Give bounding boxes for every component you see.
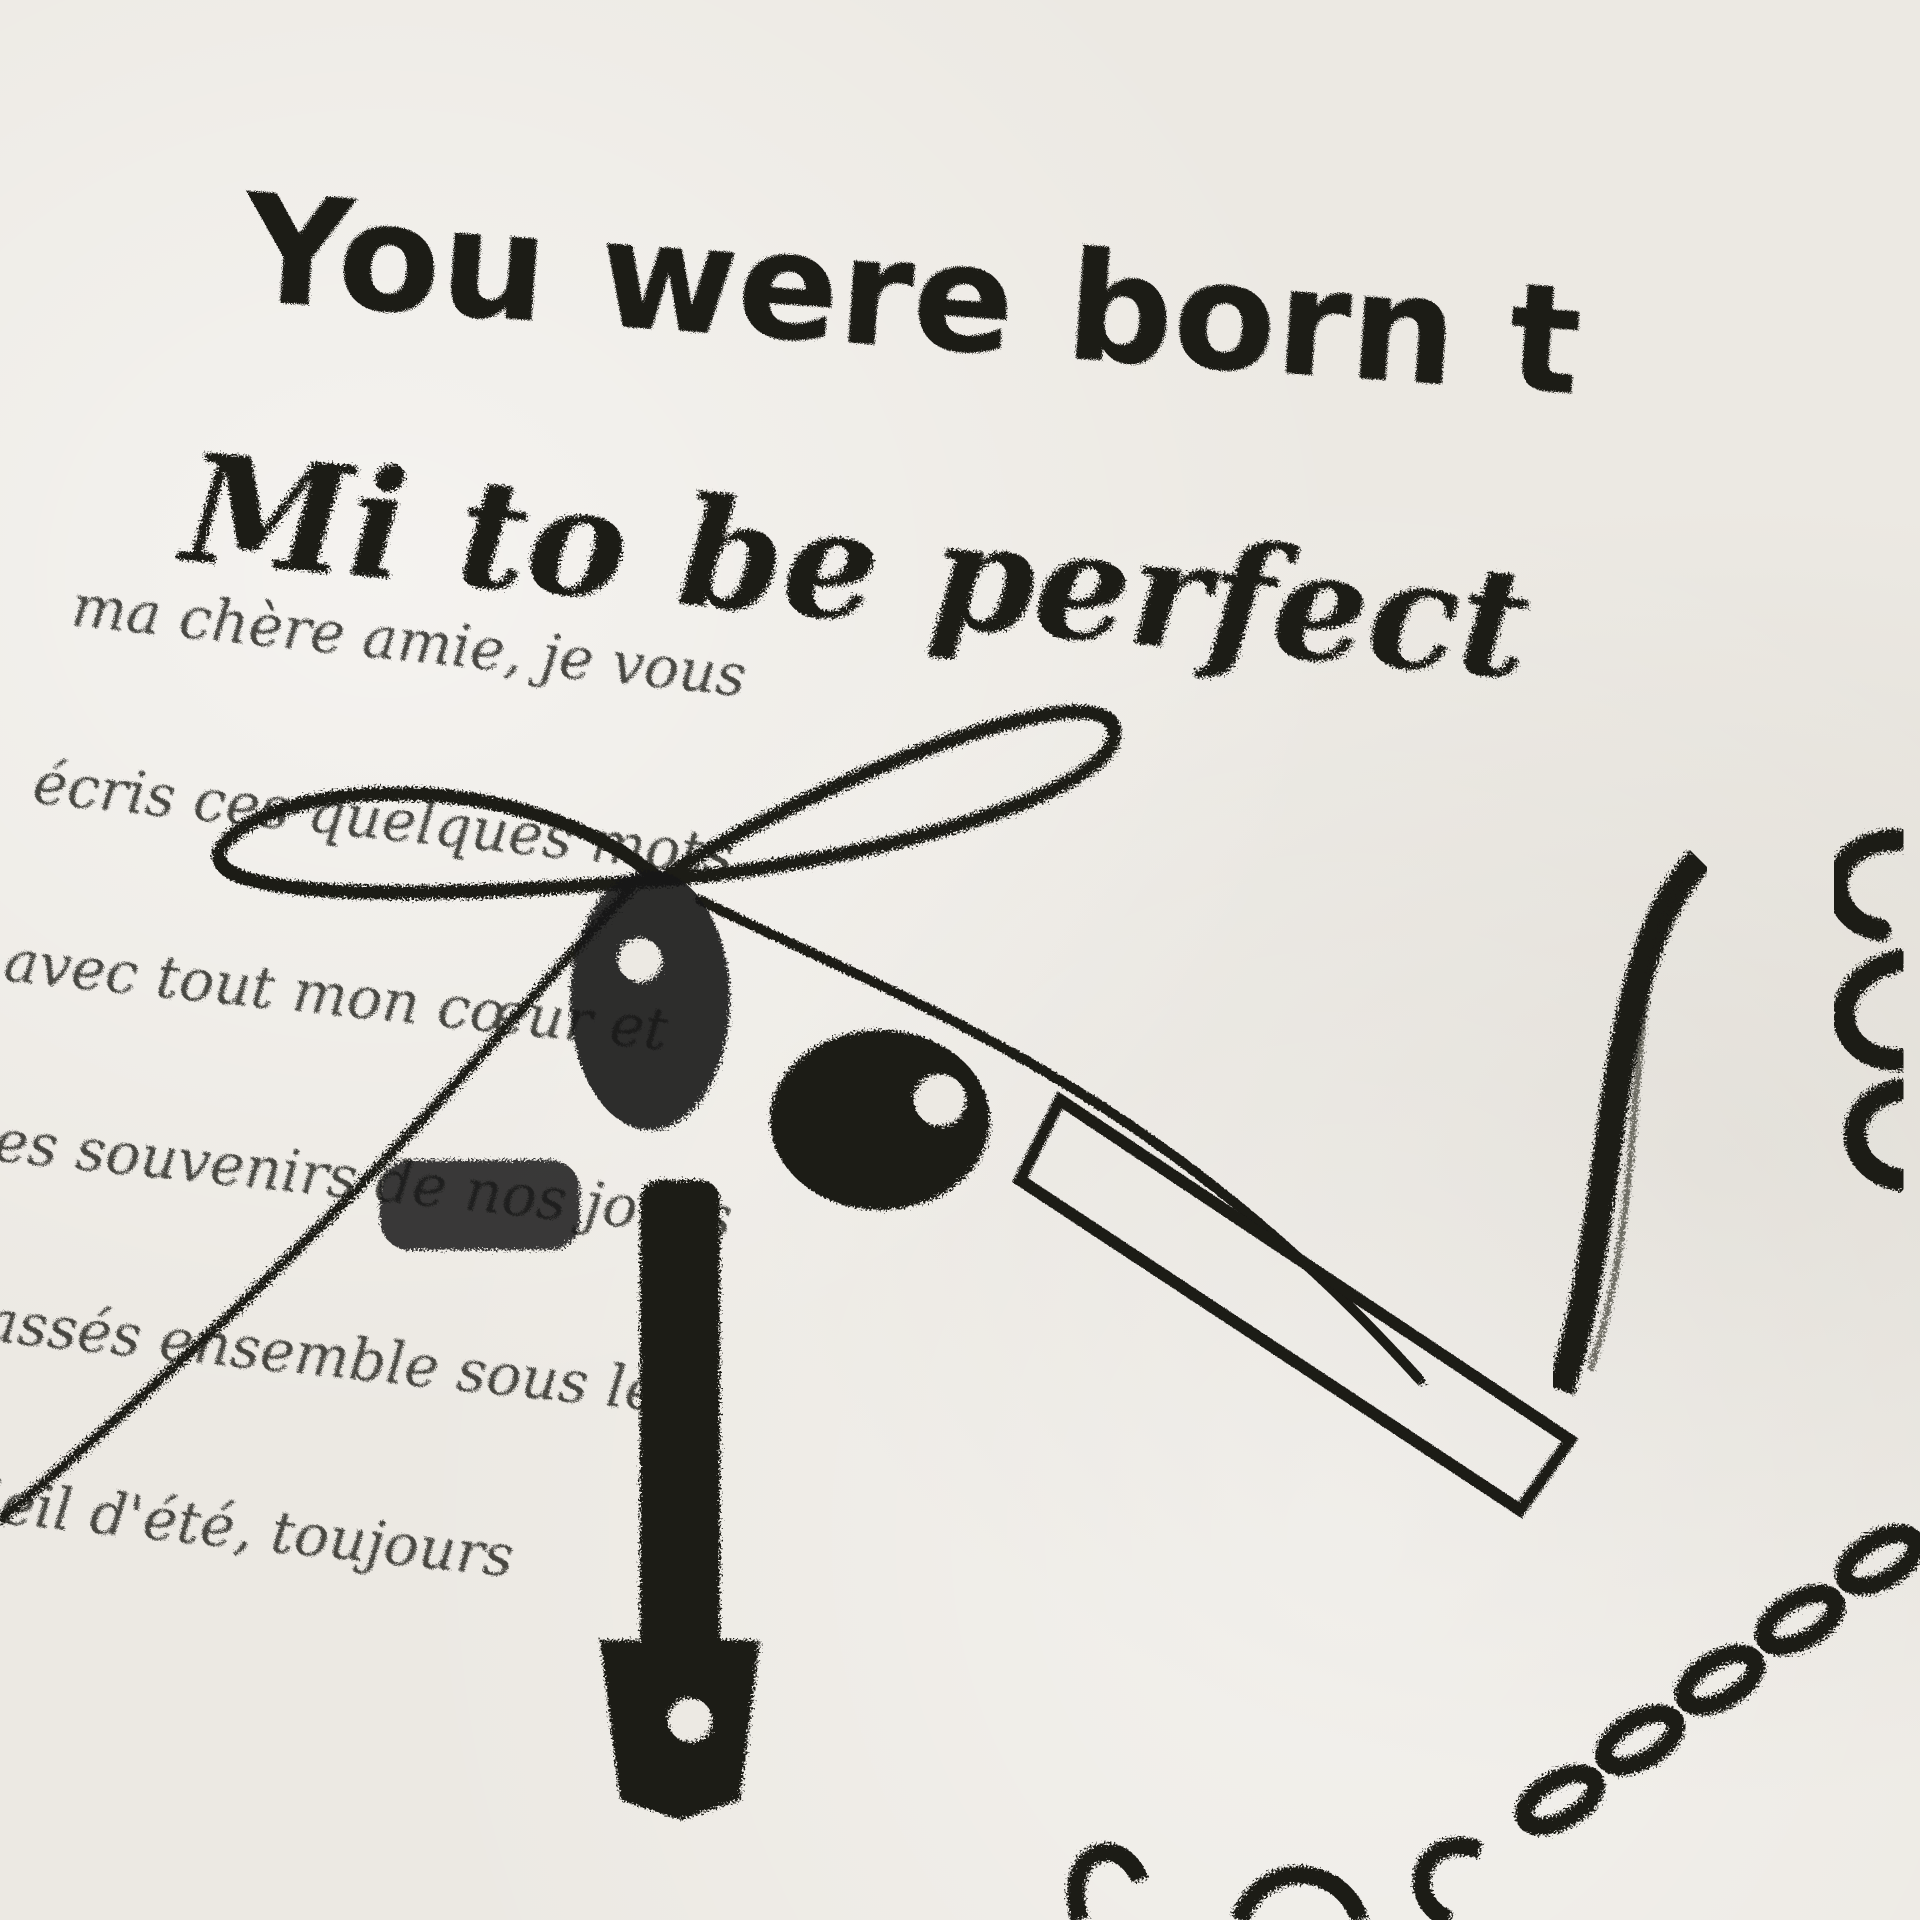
handwriting-line: passés ensemble sous le <box>0 1282 663 1424</box>
print-artwork: ma chère amie, je vous écris ces quelque… <box>0 0 1920 1920</box>
scroll-ornament-icon <box>1837 840 1900 1180</box>
svg-text:You were born t: You were born t <box>235 162 1586 429</box>
chain-icon <box>1076 1523 1920 1920</box>
fabric-photo: ma chère amie, je vous écris ces quelque… <box>0 0 1920 1920</box>
oval-frame-icon <box>1560 860 1700 1390</box>
headline-text: You were born t <box>235 162 1586 429</box>
key-shaft-icon <box>1020 1100 1570 1510</box>
handwriting-line: écris ces quelques mots <box>30 748 737 889</box>
handwriting-line: soleil d'été, toujours <box>0 1460 517 1590</box>
